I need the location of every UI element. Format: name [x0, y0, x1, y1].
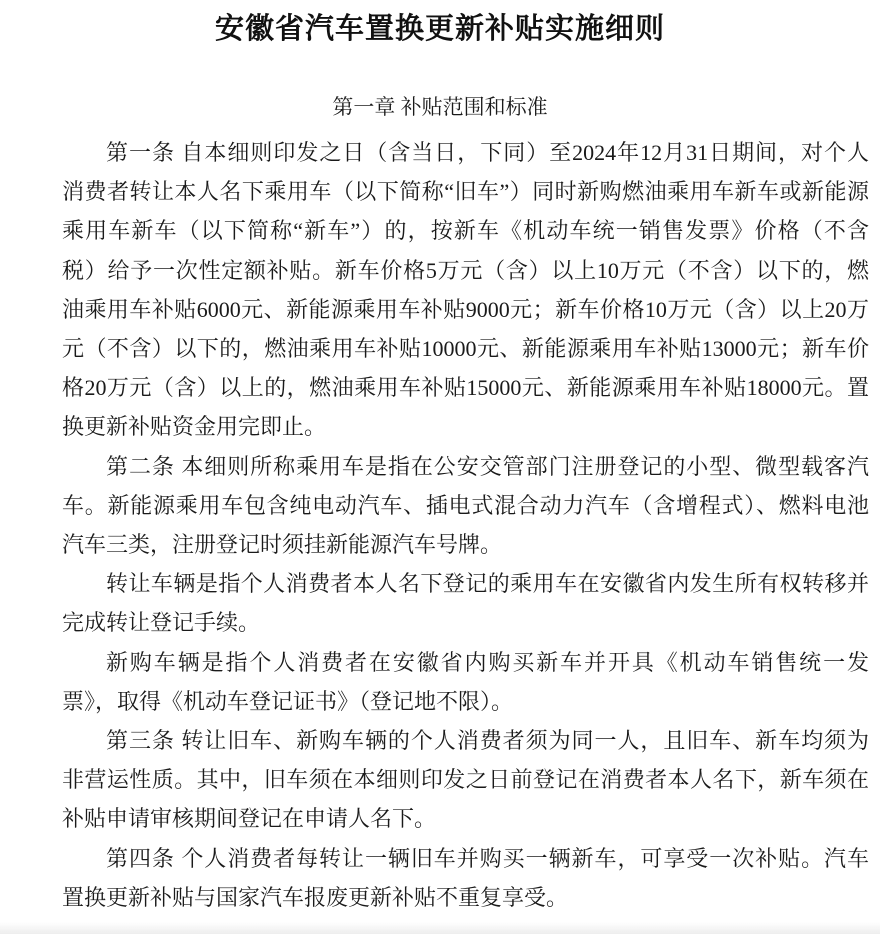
text-line: 完成转让登记手续。 [62, 603, 869, 642]
text-line: 转让车辆是指个人消费者本人名下登记的乘用车在安徽省内发生所有权转移并 [62, 564, 869, 603]
text-line: 第一条 自本细则印发之日（含当日，下同）至2024年12月31日期间，对个人 [62, 133, 869, 172]
text-line: 第四条 个人消费者每转让一辆旧车并购买一辆新车，可享受一次补贴。汽车 [62, 839, 869, 878]
document-page: 安徽省汽车置换更新补贴实施细则 第一章 补贴范围和标准 第一条 自本细则印发之日… [0, 0, 880, 934]
text-line: 税）给予一次性定额补贴。新车价格5万元（含）以上10万元（不含）以下的，燃 [62, 251, 869, 290]
text-line: 车。新能源乘用车包含纯电动汽车、插电式混合动力汽车（含增程式）、燃料电池 [62, 486, 869, 525]
document-body: 第一条 自本细则印发之日（含当日，下同）至2024年12月31日期间，对个人消费… [62, 133, 869, 917]
text-line: 乘用车新车（以下简称“新车”）的，按新车《机动车统一销售发票》价格（不含 [62, 211, 869, 250]
text-line: 汽车三类，注册登记时须挂新能源汽车号牌。 [62, 525, 869, 564]
text-line: 补贴申请审核期间登记在申请人名下。 [62, 799, 869, 838]
text-line: 油乘用车补贴6000元、新能源乘用车补贴9000元；新车价格10万元（含）以上2… [62, 290, 869, 329]
text-line: 消费者转让本人名下乘用车（以下简称“旧车”）同时新购燃油乘用车新车或新能源 [62, 172, 869, 211]
chapter-heading: 第一章 补贴范围和标准 [0, 93, 880, 121]
text-line: 换更新补贴资金用完即止。 [62, 407, 869, 446]
text-line: 第三条 转让旧车、新购车辆的个人消费者须为同一人，且旧车、新车均须为 [62, 721, 869, 760]
text-line: 非营运性质。其中，旧车须在本细则印发之日前登记在消费者本人名下，新车须在 [62, 760, 869, 799]
text-line: 置换更新补贴与国家汽车报废更新补贴不重复享受。 [62, 878, 869, 917]
text-line: 第二条 本细则所称乘用车是指在公安交管部门注册登记的小型、微型载客汽 [62, 447, 869, 486]
document-title: 安徽省汽车置换更新补贴实施细则 [0, 0, 880, 47]
text-line: 元（不含）以下的，燃油乘用车补贴10000元、新能源乘用车补贴13000元；新车… [62, 329, 869, 368]
text-line: 票》，取得《机动车登记证书》（登记地不限）。 [62, 682, 869, 721]
page-bottom-edge-shadow [0, 922, 880, 934]
text-line: 新购车辆是指个人消费者在安徽省内购买新车并开具《机动车销售统一发 [62, 643, 869, 682]
text-line: 格20万元（含）以上的，燃油乘用车补贴15000元、新能源乘用车补贴18000元… [62, 368, 869, 407]
